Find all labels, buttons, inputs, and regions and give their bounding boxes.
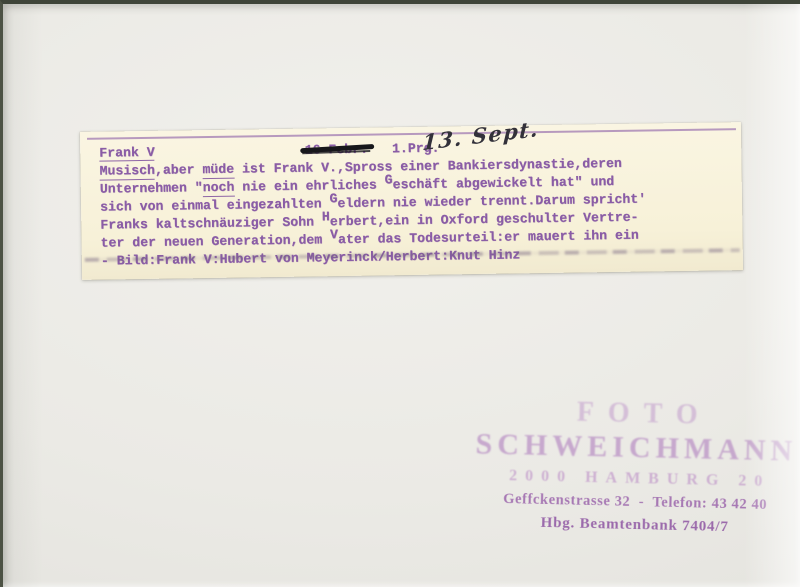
stamp-line-foto: FOTO: [470, 394, 800, 434]
caption-text-segment: ter der neuen Generation,dem: [100, 232, 330, 250]
caption-text-segment: ,aber: [155, 162, 203, 178]
caption-text-segment: nie ein ehrliches: [234, 177, 385, 194]
struck-date: 16 Febr.: [305, 141, 369, 160]
caption-text-segment: eldern nie wieder trennt.Darum spricht': [337, 192, 646, 212]
caption-text-segment: sich von einmal eingezahlten: [100, 196, 330, 214]
caption-text-segment: H: [322, 209, 330, 224]
caption-text-segment: Franks kaltschnäuziger Sohn: [100, 214, 322, 232]
caption-strip: Frank V16 Febr.1.Prg. Musisch,aber müde …: [80, 122, 743, 280]
stamp-line-address: Geffckenstrasse 32 - Telefon: 43 42 40: [468, 490, 800, 515]
caption-text-segment: G: [329, 191, 337, 206]
caption-title: Frank V: [99, 145, 155, 162]
caption-text-segment: ater das Todesurteil:er mauert ihn ein: [338, 228, 639, 247]
caption-text-segment: müde: [202, 162, 234, 179]
caption-text-segment: noch: [203, 180, 235, 197]
stamp-line-name: SCHWEICHMANN: [469, 427, 800, 469]
caption-text-segment: eschäft abgewickelt hat" und: [392, 174, 614, 192]
photographer-stamp: FOTO SCHWEICHMANN 2000 HAMBURG 20 Geffck…: [468, 394, 800, 538]
caption-text-segment: Musisch: [99, 163, 155, 180]
stamp-line-city: 2000 HAMBURG 20: [469, 466, 800, 492]
caption-text-segment: erbert,ein in Oxford geschulter Vertre-: [330, 210, 639, 230]
caption-text-segment: G: [384, 172, 392, 187]
stamp-line-bank: Hbg. Beamtenbank 7404/7: [468, 513, 800, 538]
photo-verso-card: Frank V16 Febr.1.Prg. Musisch,aber müde …: [0, 0, 800, 587]
caption-text-segment: Unternehmen ": [100, 180, 203, 197]
caption-text-segment: V: [330, 227, 338, 242]
